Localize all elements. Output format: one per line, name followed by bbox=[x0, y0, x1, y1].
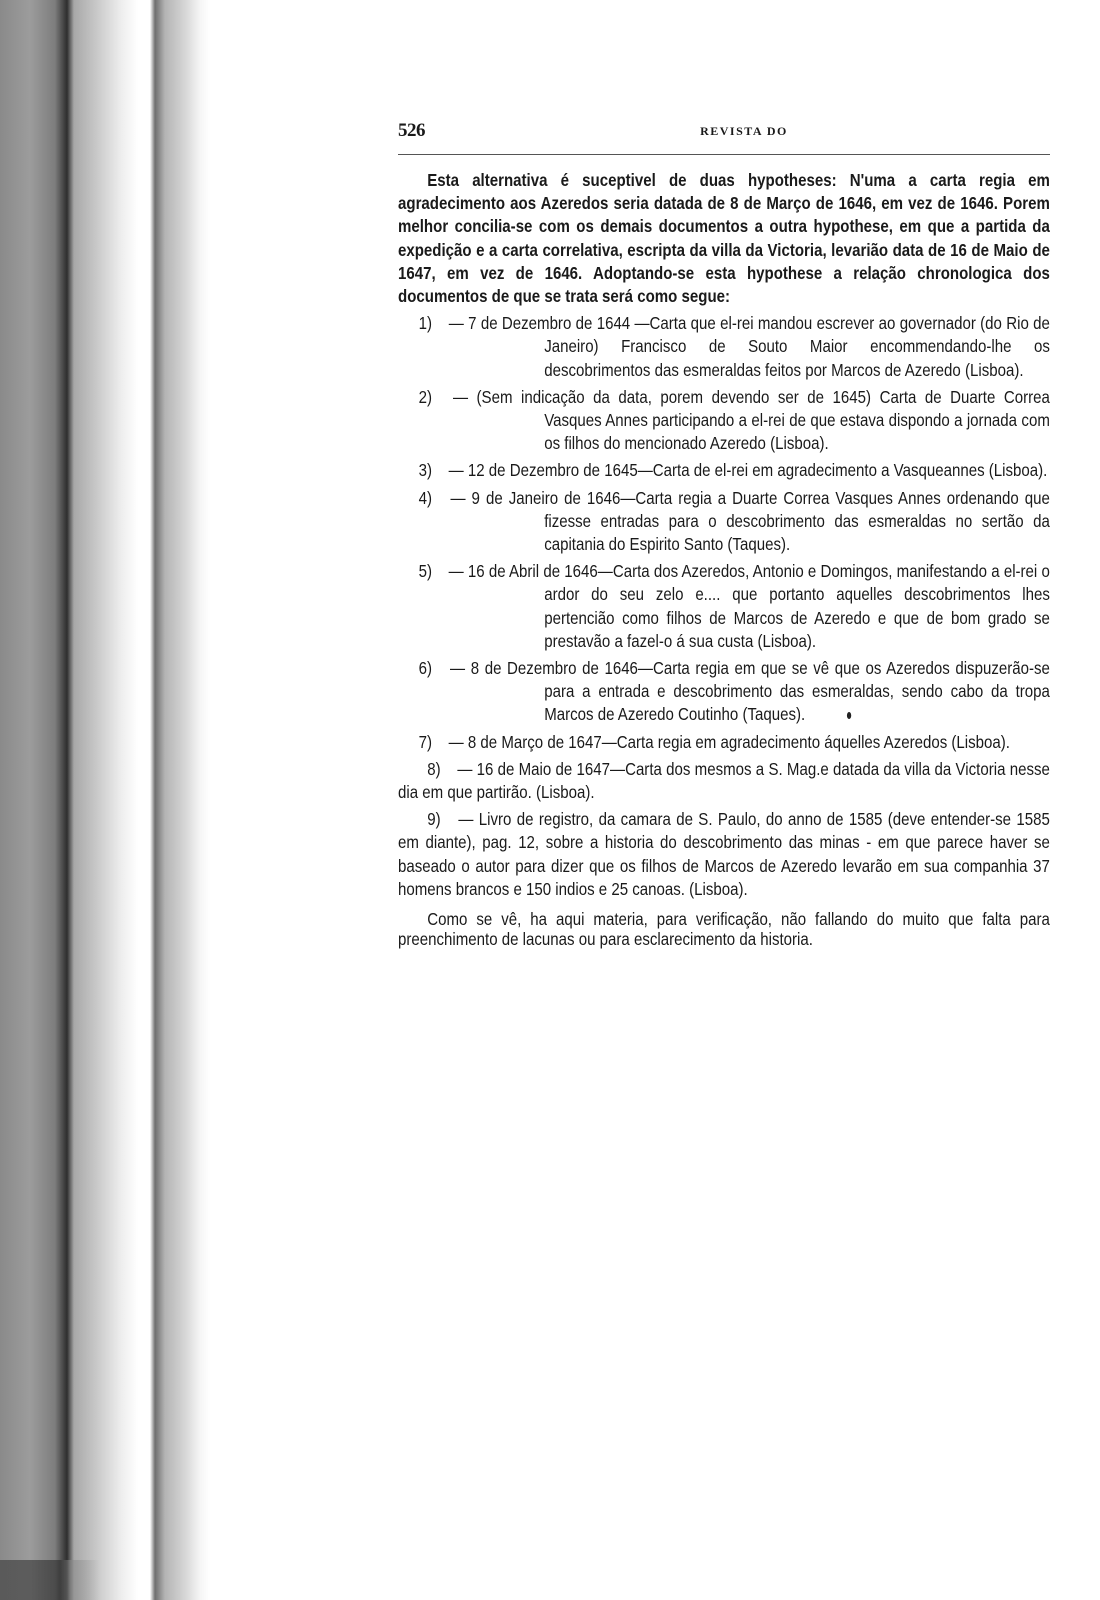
scan-binding-edge bbox=[0, 0, 210, 1600]
document-page: 526 REVISTA DO Esta alternativa é sucept… bbox=[398, 118, 1050, 949]
list-item: 1) — 7 de Dezembro de 1644 —Carta que el… bbox=[398, 312, 1050, 382]
list-item: 7) — 8 de Março de 1647—Carta regia em a… bbox=[398, 731, 1050, 754]
list-item: 8) — 16 de Maio de 1647—Carta dos mesmos… bbox=[398, 758, 1050, 804]
ink-speck bbox=[846, 712, 850, 719]
list-item: 5) — 16 de Abril de 1646—Carta dos Azere… bbox=[398, 560, 1050, 653]
list-item: 3) — 12 de Dezembro de 1645—Carta de el-… bbox=[398, 459, 1050, 482]
intro-paragraph: Esta alternativa é suceptivel de duas hy… bbox=[398, 169, 1050, 308]
running-head: 526 REVISTA DO bbox=[398, 118, 1050, 140]
closing-paragraph: Como se vê, ha aqui materia, para verifi… bbox=[398, 909, 1050, 949]
header-rule bbox=[398, 154, 1050, 155]
list-item: 9) — Livro de registro, da camara de S. … bbox=[398, 808, 1050, 901]
journal-title: REVISTA DO bbox=[398, 124, 1050, 139]
list-item: 2) — (Sem indicação da data, porem deven… bbox=[398, 386, 1050, 456]
list-item: 6) — 8 de Dezembro de 1646—Carta regia e… bbox=[398, 657, 1050, 727]
body-text: Esta alternativa é suceptivel de duas hy… bbox=[398, 169, 1050, 949]
list-item: 4) — 9 de Janeiro de 1646—Carta regia a … bbox=[398, 487, 1050, 557]
